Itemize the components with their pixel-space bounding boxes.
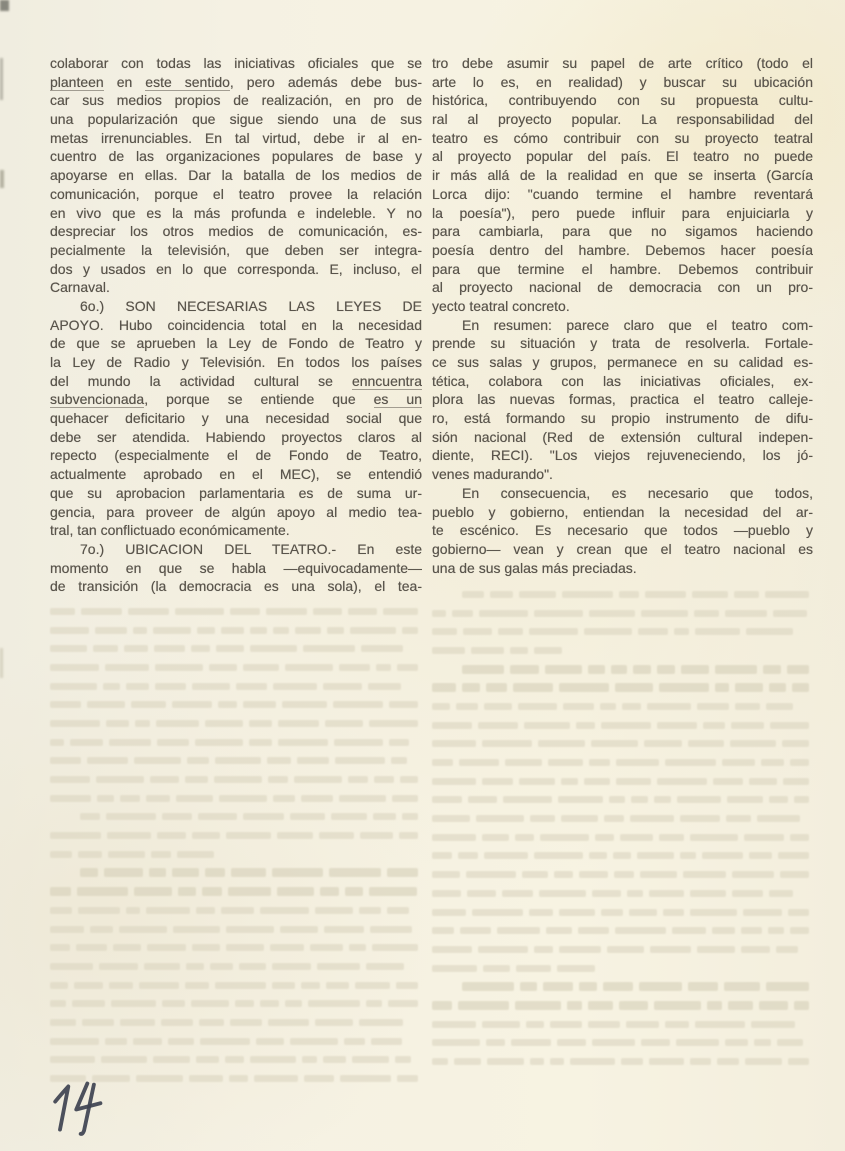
- ghost-line: [50, 733, 422, 752]
- ghost-line: [50, 658, 422, 677]
- ghost-line: [432, 604, 813, 623]
- text-line: momento en que se habla —equivocadamente…: [50, 559, 422, 578]
- text-line: para cambiarla, para que no sigamos haci…: [432, 222, 813, 241]
- text-line: tro debe asumir su papel de arte crítico…: [432, 54, 813, 73]
- ghost-line: [50, 752, 422, 771]
- text-line: te escénico. Es necesario que todos —pue…: [432, 521, 813, 540]
- text-line: debe ser atendida. Habiendo proyectos cl…: [50, 428, 422, 447]
- ghost-line: [432, 959, 813, 978]
- scan-artifact: [0, 170, 4, 188]
- text-line: sión nacional (Red de extensión cultural…: [432, 428, 813, 447]
- ghost-line: [432, 735, 813, 754]
- text-line: prende su situación y trata de resolverl…: [432, 334, 813, 353]
- ghost-line: [432, 921, 813, 940]
- text-line: la Ley de Radio y Televisión. En todos l…: [50, 353, 422, 372]
- ghost-line: [432, 809, 813, 828]
- text-line: tética, colabora con las iniciativas ofi…: [432, 372, 813, 391]
- ghost-line: [50, 994, 422, 1013]
- text-line: para que termine el hambre. Debemos cont…: [432, 260, 813, 279]
- ghost-line: [50, 976, 422, 995]
- ghost-line: [50, 714, 422, 733]
- text-line: quehacer deficitario y una necesidad soc…: [50, 409, 422, 428]
- text-line: metas irrenunciables. En tal virtud, deb…: [50, 129, 422, 148]
- text-line: apoyarse en ellas. Dar la batalla de los…: [50, 166, 422, 185]
- ghost-line: [432, 1015, 813, 1034]
- ghost-line: [432, 884, 813, 903]
- scan-artifact: [0, 648, 3, 678]
- ghost-line: [432, 678, 813, 697]
- ghost-line: [50, 845, 422, 864]
- text-line: diente, RECI). "Los viejos rejuveneciend…: [432, 446, 813, 465]
- text-line: al proyecto popular del país. El teatro …: [432, 147, 813, 166]
- text-line: una de sus galas más preciadas.: [432, 559, 813, 578]
- text-line: de que se aprueben la Ley de Fondo de Te…: [50, 334, 422, 353]
- ghost-line: [432, 772, 813, 791]
- ghost-line: [432, 697, 813, 716]
- text-line: dos y usados en lo que corresponda. E, i…: [50, 260, 422, 279]
- text-line: Carnaval.: [50, 278, 422, 297]
- ghost-line: [432, 940, 813, 959]
- scan-artifact: [0, 58, 3, 100]
- ghost-line: [50, 957, 422, 976]
- text-line: colaborar con todas las iniciativas ofic…: [50, 54, 422, 73]
- ghost-line: [432, 641, 813, 660]
- ghost-line: [432, 753, 813, 772]
- ghost-line: [432, 622, 813, 641]
- ghost-line: [50, 826, 422, 845]
- ghost-line: [50, 938, 422, 957]
- ghost-line: [50, 808, 422, 827]
- page-number-handwritten: [45, 1073, 116, 1147]
- ghost-line: [432, 716, 813, 735]
- text-line: subvencionada, porque se entiende que es…: [50, 390, 422, 409]
- text-line: plora las nuevas formas, practica el tea…: [432, 390, 813, 409]
- text-line: 6o.) SON NECESARIAS LAS LEYES DE: [50, 297, 422, 316]
- ghost-line: [50, 1032, 422, 1051]
- text-line: la poesía"), pero puede influir para enj…: [432, 204, 813, 223]
- ghost-line: [50, 602, 422, 621]
- text-line: ro, está formando su propio instrumento …: [432, 409, 813, 428]
- text-line: 7o.) UBICACION DEL TEATRO.- En este: [50, 540, 422, 559]
- ghost-line: [50, 770, 422, 789]
- text-line: cuentro de las organizaciones populares …: [50, 147, 422, 166]
- handwritten-14-strokes: [45, 1073, 116, 1147]
- text-line: poesía dentro del hambre. Debemos hacer …: [432, 241, 813, 260]
- text-line: que su aprobacion parlamentaria es de su…: [50, 484, 422, 503]
- text-line: pueblo y gobierno, entiendan la necesida…: [432, 503, 813, 522]
- ghost-line: [432, 977, 813, 996]
- ghost-line: [50, 864, 422, 883]
- ghost-line: [432, 1052, 813, 1071]
- right-column: tro debe asumir su papel de arte crítico…: [432, 54, 813, 577]
- text-line: venes madurando".: [432, 465, 813, 484]
- text-line: teatro es cómo contribuir con su proyect…: [432, 129, 813, 148]
- text-line: ir más allá de la realidad en que se ins…: [432, 166, 813, 185]
- ghost-line: [50, 882, 422, 901]
- ghost-line: [432, 660, 813, 679]
- ghost-line: [50, 1013, 422, 1032]
- text-line: una popularización que sigue siendo una …: [50, 110, 422, 129]
- ghost-line: [432, 1034, 813, 1053]
- text-line: gencia, para proveer de algún apoyo al m…: [50, 503, 422, 522]
- ghost-line: [50, 639, 422, 658]
- left-column: colaborar con todas las iniciativas ofic…: [50, 54, 422, 596]
- text-line: de transición (la democracia es una sola…: [50, 577, 422, 596]
- ghost-line: [50, 789, 422, 808]
- ghost-text-right: [432, 585, 813, 1071]
- text-line: comunicación, porque el teatro provee la…: [50, 185, 422, 204]
- ghost-line: [50, 1051, 422, 1070]
- text-line: ral al proyecto popular. La responsabili…: [432, 110, 813, 129]
- text-line: gobierno— vean y crean que el teatro nac…: [432, 540, 813, 559]
- text-line: tral, tan conflictuado económicamente.: [50, 521, 422, 540]
- text-line: En resumen: parece claro que el teatro c…: [432, 316, 813, 335]
- text-line: En consecuencia, es necesario que todos,: [432, 484, 813, 503]
- text-line: actualmente aprobado en el MEC), se ente…: [50, 465, 422, 484]
- text-line: car sus medios propios de realización, e…: [50, 91, 422, 110]
- ghost-line: [50, 695, 422, 714]
- text-line: histórica, contribuyendo con su propuest…: [432, 91, 813, 110]
- ghost-line: [432, 865, 813, 884]
- document-page: colaborar con todas las iniciativas ofic…: [0, 0, 845, 1151]
- ghost-line: [432, 585, 813, 604]
- ghost-line: [50, 920, 422, 939]
- text-line: yecto teatral concreto.: [432, 297, 813, 316]
- text-line: planteen en este sentido, pero además de…: [50, 73, 422, 92]
- ghost-line: [432, 828, 813, 847]
- text-line: despreciar los otros medios de comunicac…: [50, 222, 422, 241]
- ghost-line: [50, 677, 422, 696]
- ghost-line: [50, 621, 422, 640]
- text-line: pecialmente la televisión, que deben ser…: [50, 241, 422, 260]
- ghost-line: [432, 903, 813, 922]
- ghost-line: [432, 996, 813, 1015]
- text-line: en vivo que es la más profunda e indeleb…: [50, 204, 422, 223]
- ghost-line: [432, 791, 813, 810]
- text-line: del mundo la actividad cultural se enncu…: [50, 372, 422, 391]
- text-line: repecto (especialmente el de Fondo de Te…: [50, 446, 422, 465]
- text-line: Lorca dijo: "cuando termine el hambre re…: [432, 185, 813, 204]
- ghost-line: [432, 847, 813, 866]
- ghost-line: [50, 901, 422, 920]
- scan-artifact: [0, 0, 9, 11]
- text-line: arte lo es, en realidad) y buscar su ubi…: [432, 73, 813, 92]
- text-line: al proyecto nacional de democracia con u…: [432, 278, 813, 297]
- text-line: APOYO. Hubo coincidencia total en la nec…: [50, 316, 422, 335]
- text-line: ce sus salas y grupos, permanece en su c…: [432, 353, 813, 372]
- ghost-text-left: [50, 602, 422, 1088]
